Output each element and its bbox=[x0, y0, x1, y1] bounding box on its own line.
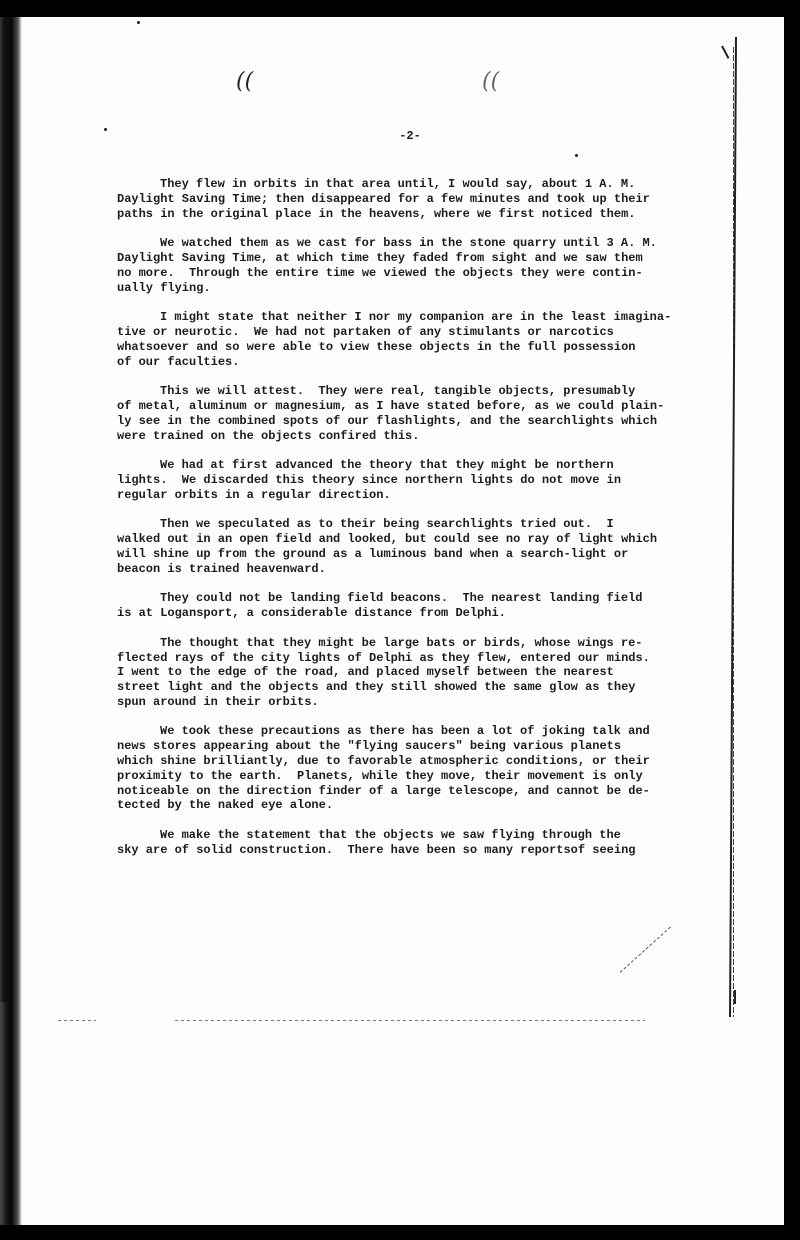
text-line: regular orbits in a regular direction. bbox=[117, 488, 717, 503]
margin-mark-left: (( bbox=[236, 69, 253, 94]
text-line: which shine brilliantly, due to favorabl… bbox=[117, 754, 717, 769]
paragraph: We took these precautions as there has b… bbox=[117, 724, 717, 813]
text-line: will shine up from the ground as a lumin… bbox=[117, 547, 717, 562]
text-line: tected by the naked eye alone. bbox=[117, 798, 717, 813]
paragraph: This we will attest. They were real, tan… bbox=[117, 384, 717, 443]
margin-mark-right: (( bbox=[482, 69, 499, 94]
scan-edge-shadow bbox=[0, 1002, 8, 1225]
scan-artifact-rule bbox=[58, 1020, 96, 1021]
text-line: The thought that they might be large bat… bbox=[117, 636, 717, 651]
text-line: no more. Through the entire time we view… bbox=[117, 266, 717, 281]
paragraph: I might state that neither I nor my comp… bbox=[117, 310, 717, 369]
text-line: Daylight Saving Time, at which time they… bbox=[117, 251, 717, 266]
text-line: were trained on the objects confired thi… bbox=[117, 429, 717, 444]
scan-artifact-rule bbox=[175, 1020, 645, 1021]
text-line: paths in the original place in the heave… bbox=[117, 207, 717, 222]
scan-artifact-diagonal bbox=[620, 925, 673, 973]
text-line: flected rays of the city lights of Delph… bbox=[117, 651, 717, 666]
paragraph: We watched them as we cast for bass in t… bbox=[117, 236, 717, 295]
text-line: of our faculties. bbox=[117, 355, 717, 370]
text-line: street light and the objects and they st… bbox=[117, 680, 717, 695]
scan-speck bbox=[734, 990, 736, 1004]
text-line: is at Logansport, a considerable distanc… bbox=[117, 606, 717, 621]
text-line: We make the statement that the objects w… bbox=[117, 828, 717, 843]
text-line: Daylight Saving Time; then disappeared f… bbox=[117, 192, 717, 207]
text-line: news stores appearing about the "flying … bbox=[117, 739, 717, 754]
paragraph: The thought that they might be large bat… bbox=[117, 636, 717, 710]
text-line: noticeable on the direction finder of a … bbox=[117, 784, 717, 799]
text-line: beacon is trained heavenward. bbox=[117, 562, 717, 577]
text-line: walked out in an open field and looked, … bbox=[117, 532, 717, 547]
text-line: lights. We discarded this theory since n… bbox=[117, 473, 717, 488]
text-line: I might state that neither I nor my comp… bbox=[117, 310, 717, 325]
text-line: proximity to the earth. Planets, while t… bbox=[117, 769, 717, 784]
scan-margin-line-curl bbox=[721, 46, 729, 59]
scan-speck bbox=[137, 21, 140, 24]
scan-speck bbox=[575, 154, 578, 157]
text-line: They flew in orbits in that area until, … bbox=[117, 177, 717, 192]
text-line: This we will attest. They were real, tan… bbox=[117, 384, 717, 399]
document-body: They flew in orbits in that area until, … bbox=[117, 177, 717, 872]
paragraph: They flew in orbits in that area until, … bbox=[117, 177, 717, 221]
text-line: ly see in the combined spots of our flas… bbox=[117, 414, 717, 429]
text-line: We had at first advanced the theory that… bbox=[117, 458, 717, 473]
text-line: ually flying. bbox=[117, 281, 717, 296]
text-line: I went to the edge of the road, and plac… bbox=[117, 665, 717, 680]
paragraph: Then we speculated as to their being sea… bbox=[117, 517, 717, 576]
text-line: We watched them as we cast for bass in t… bbox=[117, 236, 717, 251]
paragraph: They could not be landing field beacons.… bbox=[117, 591, 717, 621]
paragraph: We make the statement that the objects w… bbox=[117, 828, 717, 858]
document-page: (( (( -2- They flew in orbits in that ar… bbox=[0, 17, 784, 1225]
text-line: tive or neurotic. We had not partaken of… bbox=[117, 325, 717, 340]
paragraph: We had at first advanced the theory that… bbox=[117, 458, 717, 502]
text-line: We took these precautions as there has b… bbox=[117, 724, 717, 739]
text-line: spun around in their orbits. bbox=[117, 695, 717, 710]
page-number: -2- bbox=[0, 129, 784, 143]
text-line: of metal, aluminum or magnesium, as I ha… bbox=[117, 399, 717, 414]
text-line: sky are of solid construction. There hav… bbox=[117, 843, 717, 858]
text-line: Then we speculated as to their being sea… bbox=[117, 517, 717, 532]
text-line: whatsoever and so were able to view thes… bbox=[117, 340, 717, 355]
text-line: They could not be landing field beacons.… bbox=[117, 591, 717, 606]
